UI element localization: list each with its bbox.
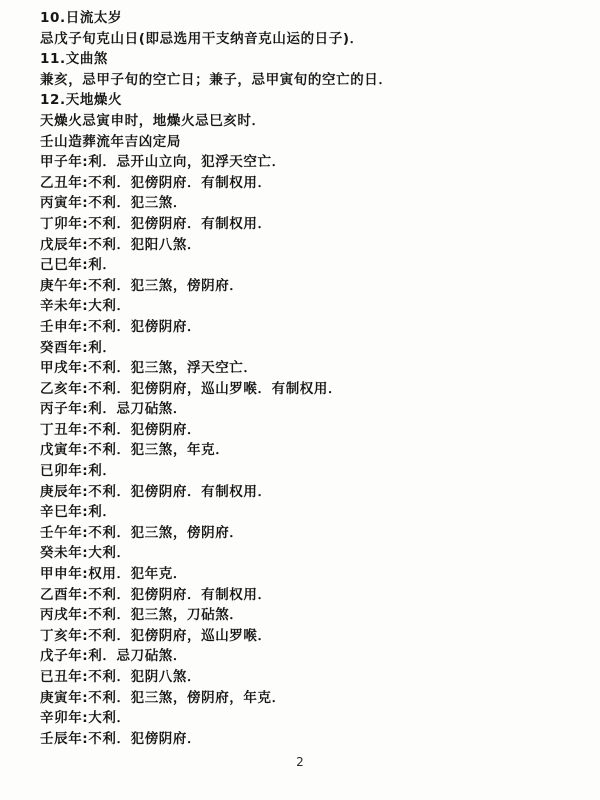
text-line: 乙亥年:不利．犯傍阴府，巡山罗喉．有制权用．	[40, 379, 580, 400]
text-line: 甲子年:利．忌开山立向，犯浮天空亡．	[40, 152, 580, 173]
text-line: 丁亥年:不利．犯傍阴府，巡山罗喉．	[40, 626, 580, 647]
text-line: 甲申年:权用．犯年克．	[40, 564, 580, 585]
text-line: 己巳年:利．	[40, 255, 580, 276]
text-line: 忌戊子旬克山日(即忌选用干支纳音克山运的日子)．	[40, 29, 580, 50]
text-line: 丁卯年:不利．犯傍阴府．有制权用．	[40, 214, 580, 235]
text-line: 壬午年:不利．犯三煞，傍阴府．	[40, 523, 580, 544]
text-line: 庚辰年:不利．犯傍阴府．有制权用．	[40, 482, 580, 503]
text-line: 辛卯年:大利．	[40, 708, 580, 729]
text-line: 戊寅年:不利．犯三煞，年克．	[40, 440, 580, 461]
text-line: 丁丑年:不利．犯傍阴府．	[40, 420, 580, 441]
document-content: 10.日流太岁忌戊子旬克山日(即忌选用干支纳音克山运的日子)．11.文曲煞兼亥，…	[40, 8, 580, 749]
text-line: 辛未年:大利．	[40, 296, 580, 317]
section-heading: 壬山造葬流年吉凶定局	[40, 132, 580, 153]
text-line: 丙寅年:不利．犯三煞．	[40, 193, 580, 214]
section-heading: 10.日流太岁	[40, 8, 580, 29]
text-line: 已丑年:不利．犯阴八煞．	[40, 667, 580, 688]
text-line: 辛巳年:利．	[40, 502, 580, 523]
text-line: 壬辰年:不利．犯傍阴府．	[40, 729, 580, 750]
text-line: 已卯年:利．	[40, 461, 580, 482]
document-page: 10.日流太岁忌戊子旬克山日(即忌选用干支纳音克山运的日子)．11.文曲煞兼亥，…	[0, 0, 600, 800]
text-line: 庚午年:不利．犯三煞，傍阴府．	[40, 276, 580, 297]
text-line: 戊子年:利．忌刀砧煞．	[40, 646, 580, 667]
text-line: 戊辰年:不利．犯阳八煞．	[40, 235, 580, 256]
text-line: 乙酉年:不利．犯傍阴府．有制权用．	[40, 585, 580, 606]
text-line: 癸酉年:利．	[40, 338, 580, 359]
text-line: 庚寅年:不利．犯三煞，傍阴府，年克．	[40, 688, 580, 709]
page-number: 2	[0, 755, 600, 769]
section-heading: 11.文曲煞	[40, 49, 580, 70]
text-line: 丙戌年:不利．犯三煞，刀砧煞．	[40, 605, 580, 626]
text-line: 壬申年:不利．犯傍阴府．	[40, 317, 580, 338]
section-heading: 12.天地燥火	[40, 90, 580, 111]
text-line: 丙子年:利．忌刀砧煞．	[40, 399, 580, 420]
text-line: 乙丑年:不利．犯傍阴府．有制权用．	[40, 173, 580, 194]
text-line: 癸未年:大利．	[40, 543, 580, 564]
text-line: 天燥火忌寅申时，地燥火忌巳亥时．	[40, 111, 580, 132]
text-line: 兼亥，忌甲子旬的空亡日；兼子，忌甲寅旬的空亡的日．	[40, 70, 580, 91]
text-line: 甲戌年:不利．犯三煞，浮天空亡．	[40, 358, 580, 379]
